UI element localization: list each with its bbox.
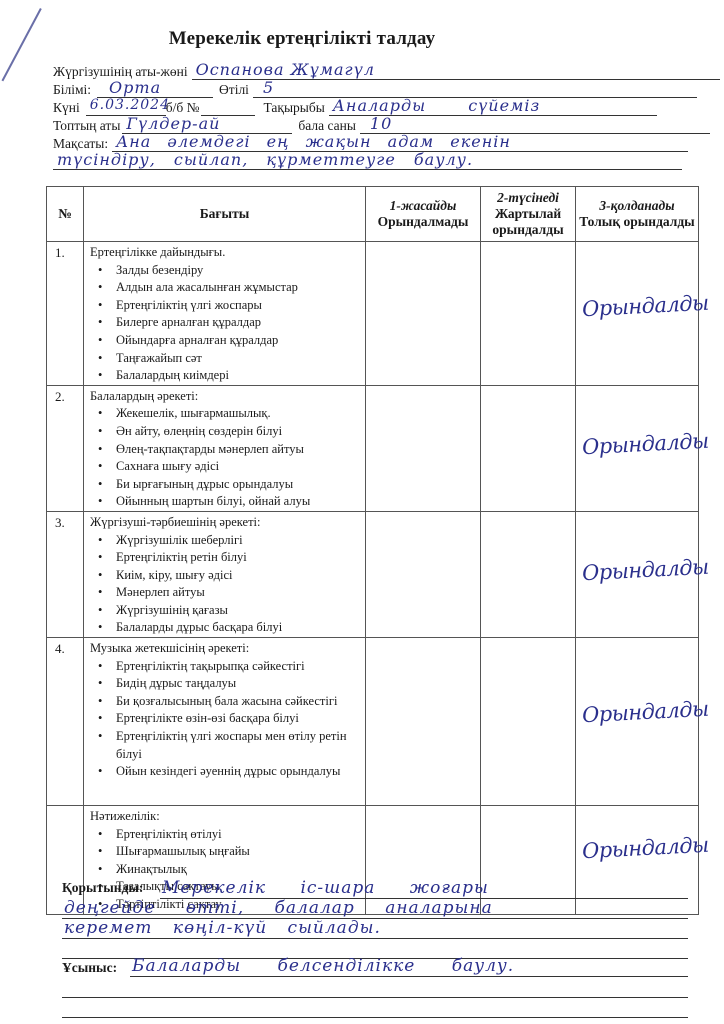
criteria-item: Ертеңгіліктің үлгі жоспары	[116, 297, 365, 315]
header-direction: Бағыты	[84, 187, 366, 242]
date-label: Күні	[53, 99, 80, 116]
criteria-item: Ойындарға арналған құралдар	[116, 332, 365, 350]
suggestion-line-1[interactable]: Балаларды белсенділікке баулу.	[130, 956, 688, 977]
criteria-item: Жүргізушінің қағазы	[116, 602, 365, 620]
row-direction: Жүргізуші-тәрбиешінің әрекеті:Жүргізушіл…	[84, 511, 366, 637]
conclusion-line-3[interactable]: керемет көңіл-күй сыйлады.	[62, 918, 688, 939]
goal-field-line-2[interactable]: түсіндіру, сыйлап, құрметтеуге баулу.	[53, 152, 682, 170]
criteria-list: Ертеңгіліктің тақырыпқа сәйкестігіБидің …	[90, 658, 365, 781]
not-completed-cell[interactable]	[366, 385, 481, 511]
criteria-item: Шығармашылық ыңғайы	[116, 843, 365, 861]
criteria-item: Өлең-тақпақтарды мәнерлеп айтуы	[116, 441, 365, 459]
row-number: 3.	[47, 511, 84, 637]
handwritten-mark: Орындалды	[581, 555, 709, 586]
criteria-item: Ойынның шартын білуі, ойнай алуы	[116, 493, 365, 511]
partially-completed-cell[interactable]	[481, 638, 576, 806]
criteria-item: Би қозғалысының бала жасына сәйкестігі	[116, 693, 365, 711]
handwritten-mark: Орындалды	[581, 291, 709, 322]
row-number: 2.	[47, 385, 84, 511]
header-not-completed: 1-жасайды Орындалмады	[366, 187, 481, 242]
table-row: 1.Ертеңгілікке дайындығы.Залды безендіру…	[47, 242, 699, 386]
row-heading: Нәтижелілік:	[90, 808, 365, 826]
criteria-item: Ертеңгіліктің үлгі жоспары мен өтілу рет…	[116, 728, 365, 763]
suggestion-section: Ұсыныс:	[62, 960, 117, 977]
not-completed-cell[interactable]	[366, 638, 481, 806]
criteria-item: Ән айту, өлеңнің сөздерін білуі	[116, 423, 365, 441]
suggestion-line-3[interactable]	[62, 997, 688, 1018]
criteria-list: Залды безендіруАлдын ала жасалынған жұмы…	[90, 262, 365, 385]
criteria-list: Жүргізушілік шеберлігіЕртеңгіліктің реті…	[90, 532, 365, 638]
fully-completed-cell[interactable]: Орындалды	[576, 242, 699, 386]
criteria-item: Балалардың киімдері	[116, 367, 365, 385]
criteria-item: Жинақтылық	[116, 861, 365, 879]
conclusion-text-1: Мерекелік іс-шара жоғары	[162, 878, 489, 898]
row-direction: Балалардың әрекеті:Жекешелік, шығармашыл…	[84, 385, 366, 511]
fully-completed-cell[interactable]: Орындалды	[576, 511, 699, 637]
row-heading: Балалардың әрекеті:	[90, 388, 365, 406]
row-heading: Музыка жетекшісінің әрекеті:	[90, 640, 365, 658]
criteria-item: Залды безендіру	[116, 262, 365, 280]
suggestion-text-1: Балаларды белсенділікке баулу.	[132, 956, 514, 976]
criteria-item: Бидің дұрыс таңдалуы	[116, 675, 365, 693]
not-completed-cell[interactable]	[366, 242, 481, 386]
header-number: №	[47, 187, 84, 242]
partially-completed-cell[interactable]	[481, 242, 576, 386]
criteria-item: Балаларды дұрыс басқара білуі	[116, 619, 365, 637]
criteria-item: Жекешелік, шығармашылық.	[116, 405, 365, 423]
conclusion-label: Қорытынды:	[62, 880, 143, 895]
criteria-item: Киім, кіру, шығу әдісі	[116, 567, 365, 585]
criteria-item: Жүргізушілік шеберлігі	[116, 532, 365, 550]
row-heading: Жүргізуші-тәрбиешінің әрекеті:	[90, 514, 365, 532]
evaluation-table: № Бағыты 1-жасайды Орындалмады 2-түсінед…	[46, 186, 699, 915]
header-full-level: 3-қолданады	[576, 198, 698, 214]
conclusion-line-1[interactable]: Мерекелік іс-шара жоғары	[160, 878, 688, 899]
criteria-item: Ертеңгіліктің ретін білуі	[116, 549, 365, 567]
conclusion-line-2[interactable]: деңгейде өтті, балалар аналарына	[62, 898, 688, 919]
criteria-list: Жекешелік, шығармашылық.Ән айту, өлеңнің…	[90, 405, 365, 511]
table-header-row: № Бағыты 1-жасайды Орындалмады 2-түсінед…	[47, 187, 699, 242]
document-title: Мерекелік ертеңгілікті талдау	[0, 28, 724, 50]
criteria-item: Сахнаға шығу әдісі	[116, 458, 365, 476]
header-not-completed-level: 1-жасайды	[366, 198, 480, 214]
fully-completed-cell[interactable]: Орындалды	[576, 385, 699, 511]
header-fully-completed: 3-қолданады Толық орындалды	[576, 187, 699, 242]
handwritten-mark: Орындалды	[581, 697, 709, 728]
suggestion-line-2[interactable]	[62, 977, 688, 998]
header-partial-label: Жартылай орындалды	[492, 206, 563, 237]
criteria-item: Билерге арналған құралдар	[116, 314, 365, 332]
fully-completed-cell[interactable]: Орындалды	[576, 638, 699, 806]
group-label: Топтың аты	[53, 117, 120, 134]
criteria-item: Алдын ала жасалынған жұмыстар	[116, 279, 365, 297]
row-heading: Ертеңгілікке дайындығы.	[90, 244, 365, 262]
header-not-completed-label: Орындалмады	[378, 214, 469, 229]
criteria-item: Би ырғағының дұрыс орындалуы	[116, 476, 365, 494]
partially-completed-cell[interactable]	[481, 385, 576, 511]
conclusion-text-3: керемет көңіл-күй сыйлады.	[64, 918, 381, 938]
header-partially-completed: 2-түсінеді Жартылай орындалды	[481, 187, 576, 242]
topic-label: Тақырыбы	[263, 99, 324, 116]
handwritten-mark: Орындалды	[581, 428, 709, 459]
education-label: Білімі:	[53, 81, 91, 98]
header-full-label: Толық орындалды	[579, 214, 694, 229]
handwritten-mark: Орындалды	[581, 833, 709, 864]
criteria-item: Мәнерлеп айтуы	[116, 584, 365, 602]
not-completed-cell[interactable]	[366, 511, 481, 637]
row-direction: Ертеңгілікке дайындығы.Залды безендіруАл…	[84, 242, 366, 386]
criteria-item: Ертеңгілікте өзін-өзі басқара білуі	[116, 710, 365, 728]
table-row: 3.Жүргізуші-тәрбиешінің әрекеті:Жүргізуш…	[47, 511, 699, 637]
criteria-item: Ойын кезіндегі әуеннің дұрыс орындалуы	[116, 763, 365, 781]
criteria-item: Ертеңгіліктің өтілуі	[116, 826, 365, 844]
partially-completed-cell[interactable]	[481, 511, 576, 637]
education-field[interactable]: Орта	[97, 80, 213, 98]
row-direction: Музыка жетекшісінің әрекеті:Ертеңгілікті…	[84, 638, 366, 806]
table-row: 2.Балалардың әрекеті:Жекешелік, шығармаш…	[47, 385, 699, 511]
conclusion-text-2: деңгейде өтті, балалар аналарына	[64, 898, 493, 918]
table-row: 4.Музыка жетекшісінің әрекеті:Ертеңгілік…	[47, 638, 699, 806]
header-partial-level: 2-түсінеді	[481, 190, 575, 206]
conclusion-section: Қорытынды:	[62, 880, 143, 897]
experience-label: Өтілі	[219, 81, 249, 98]
suggestion-label: Ұсыныс:	[62, 960, 117, 975]
row-number: 4.	[47, 638, 84, 806]
criteria-item: Ертеңгіліктің тақырыпқа сәйкестігі	[116, 658, 365, 676]
criteria-item: Таңғажайып сәт	[116, 350, 365, 368]
row-number: 1.	[47, 242, 84, 386]
